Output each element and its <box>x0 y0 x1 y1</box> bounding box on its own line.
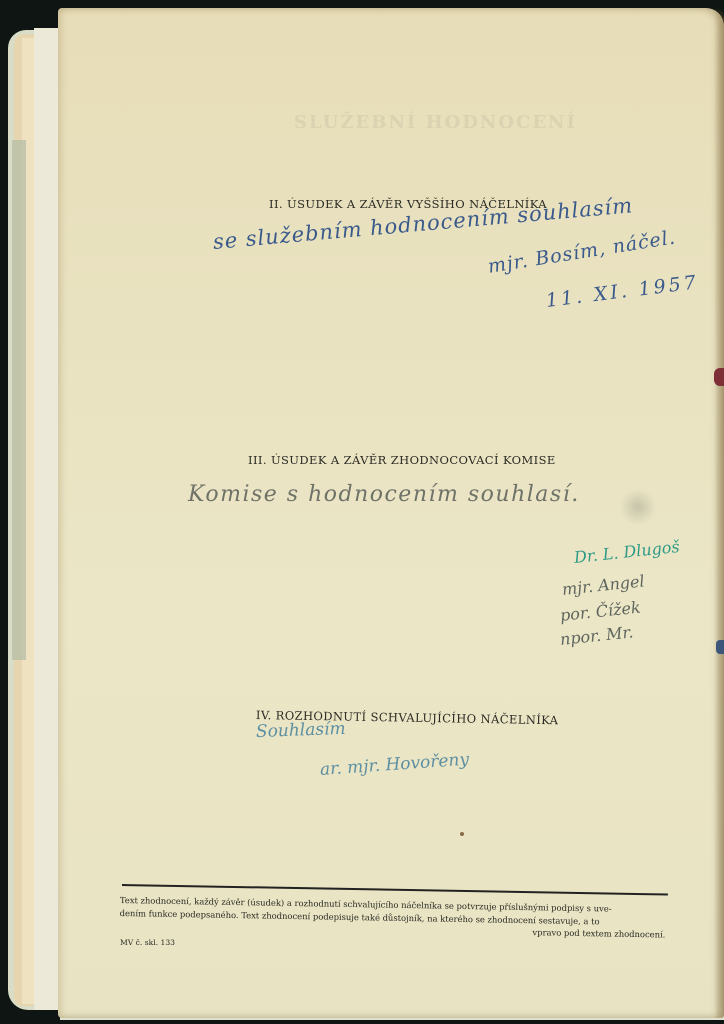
commission-signature-2: mjr. Angel <box>561 571 645 599</box>
section-2-handwritten-signature: mjr. Bosím, náčel. <box>486 226 677 277</box>
commission-signature-4: npor. Mr. <box>559 622 634 649</box>
section-2-handwritten-date: 11. XI. 1957 <box>545 271 700 312</box>
footnote-divider <box>122 884 668 896</box>
document-page: SLUŽEBNÍ HODNOCENÍ II. ÚSUDEK A ZÁVĚR VY… <box>58 8 724 1018</box>
section-3-handwritten-conclusion: Komise s hodnocením souhlasí. <box>188 482 580 507</box>
paper-stack-shadow <box>12 140 26 660</box>
blue-binding-clip <box>716 640 724 654</box>
ink-stain <box>618 490 658 524</box>
section-4-handwritten-signature: ar. mjr. Hovořeny <box>319 750 469 780</box>
section-3-heading: III. ÚSUDEK A ZÁVĚR ZHODNOCOVACÍ KOMISE <box>248 453 556 467</box>
bleed-through-text: SLUŽEBNÍ HODNOCENÍ <box>294 112 577 133</box>
section-4-handwritten-decision: Souhlasím <box>256 719 346 742</box>
footnote-text: Text zhodnocení, každý závěr (úsudek) a … <box>119 894 672 941</box>
commission-signature-3: por. Čížek <box>559 598 641 625</box>
paper-speck <box>460 832 464 836</box>
red-binding-tab <box>714 368 724 386</box>
commission-signature-1: Dr. L. Dlugoš <box>573 537 680 567</box>
form-code: MV č. skl. 133 <box>120 938 175 947</box>
